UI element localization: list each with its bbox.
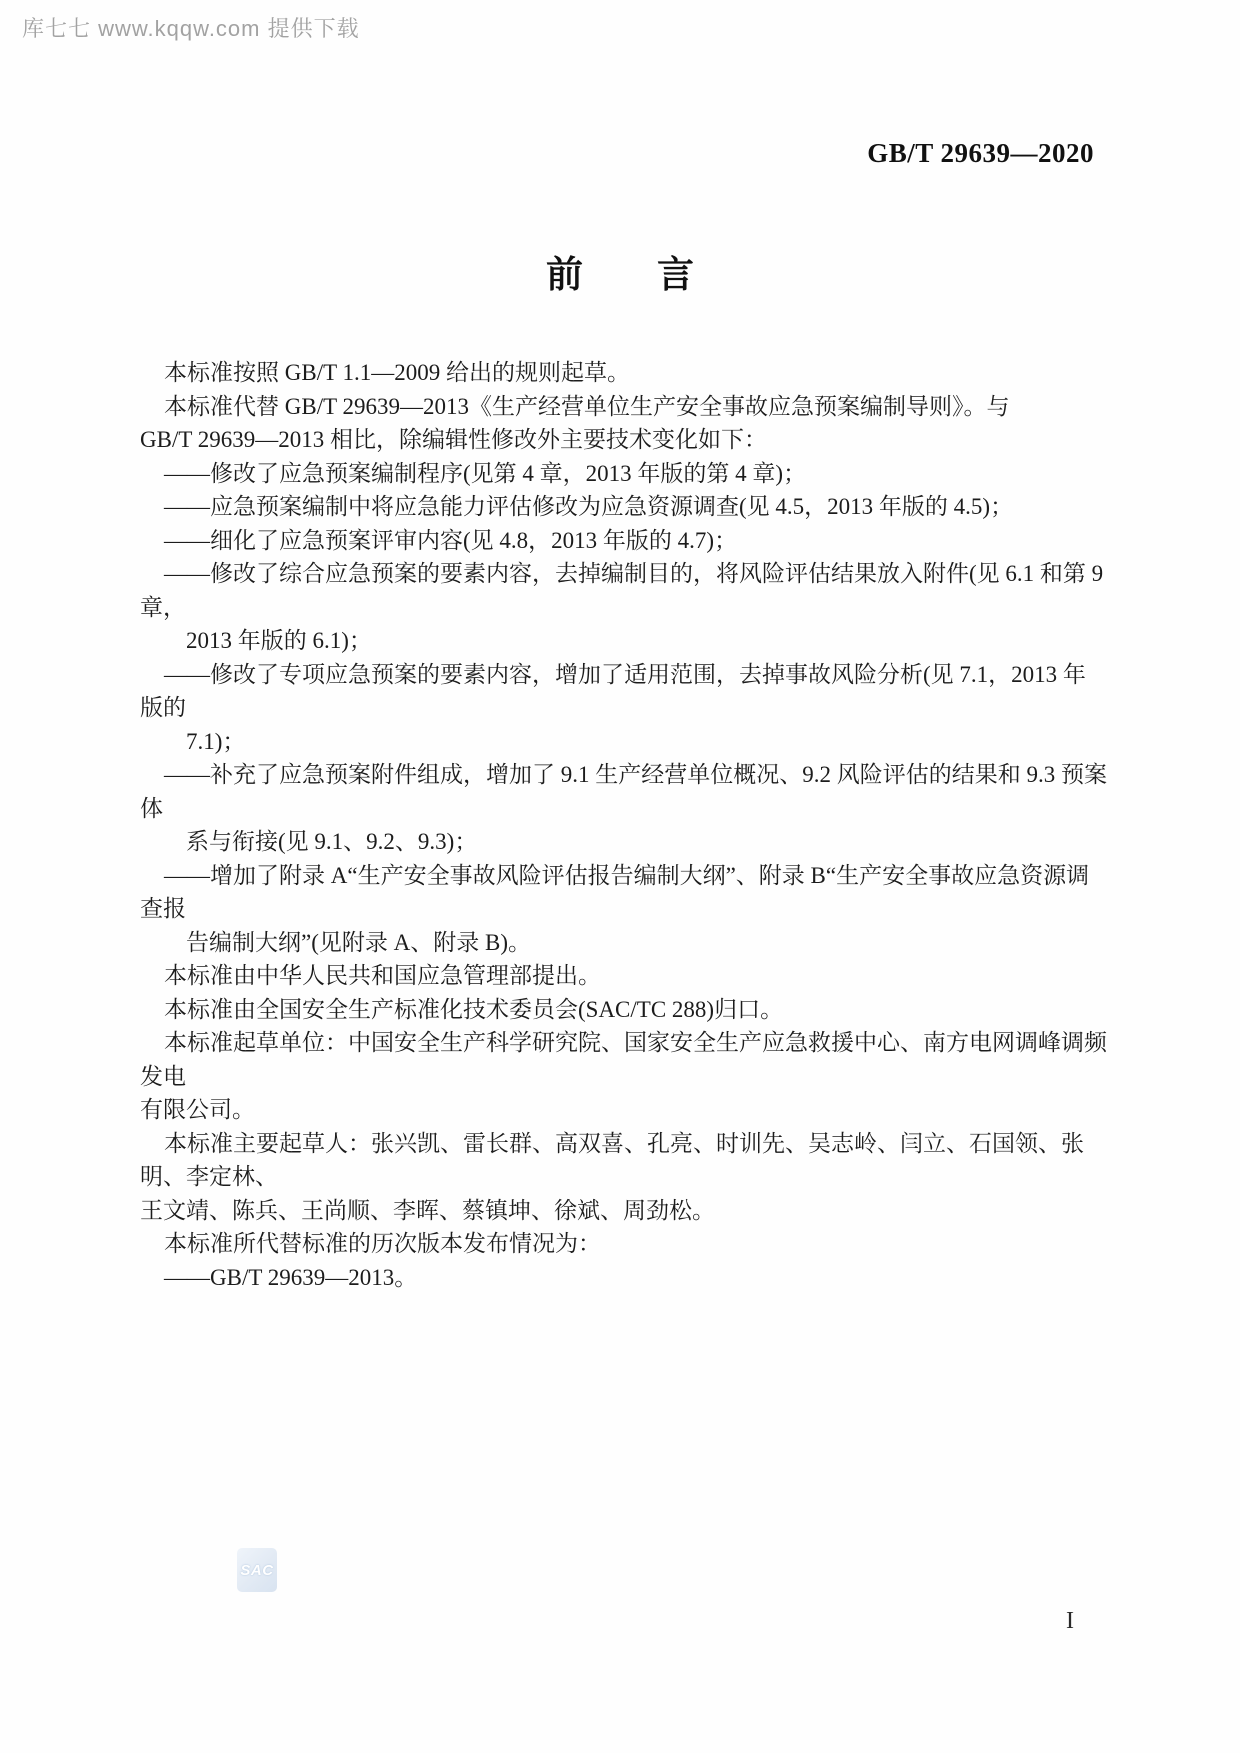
foreword-line: 2013 年版的 6.1)； xyxy=(140,624,1108,658)
foreword-line: 7.1)； xyxy=(140,725,1108,759)
foreword-line: GB/T 29639—2013 相比，除编辑性修改外主要技术变化如下： xyxy=(140,423,1108,457)
foreword-line: 本标准起草单位：中国安全生产科学研究院、国家安全生产应急救援中心、南方电网调峰调… xyxy=(140,1026,1108,1093)
sac-logo-label: SAC xyxy=(240,1562,273,1579)
standard-number: GB/T 29639—2020 xyxy=(867,138,1094,169)
foreword-line: 本标准由全国安全生产标准化技术委员会(SAC/TC 288)归口。 xyxy=(140,993,1108,1027)
foreword-line: 本标准所代替标准的历次版本发布情况为： xyxy=(140,1227,1108,1261)
foreword-line: 本标准主要起草人：张兴凯、雷长群、高双喜、孔亮、时训先、吴志岭、闫立、石国领、张… xyxy=(140,1127,1108,1194)
foreword-line: ——修改了应急预案编制程序(见第 4 章，2013 年版的第 4 章)； xyxy=(140,457,1108,491)
foreword-line: 系与衔接(见 9.1、9.2、9.3)； xyxy=(140,825,1108,859)
sac-logo: SAC xyxy=(237,1548,277,1592)
foreword-line: ——细化了应急预案评审内容(见 4.8，2013 年版的 4.7)； xyxy=(140,524,1108,558)
foreword-line: ——增加了附录 A“生产安全事故风险评估报告编制大纲”、附录 B“生产安全事故应… xyxy=(140,859,1108,926)
foreword-line: 有限公司。 xyxy=(140,1093,1108,1127)
foreword-line: 本标准按照 GB/T 1.1—2009 给出的规则起草。 xyxy=(140,356,1108,390)
foreword-line: ——修改了专项应急预案的要素内容，增加了适用范围，去掉事故风险分析(见 7.1，… xyxy=(140,658,1108,725)
watermark: 库七七 www.kqqw.com 提供下载 xyxy=(22,12,360,43)
foreword-line: ——应急预案编制中将应急能力评估修改为应急资源调查(见 4.5，2013 年版的… xyxy=(140,490,1108,524)
foreword-line: ——补充了应急预案附件组成，增加了 9.1 生产经营单位概况、9.2 风险评估的… xyxy=(140,758,1108,825)
foreword-line: ——GB/T 29639—2013。 xyxy=(140,1261,1108,1295)
page-number: I xyxy=(1066,1608,1074,1635)
foreword-line: ——修改了综合应急预案的要素内容，去掉编制目的，将风险评估结果放入附件(见 6.… xyxy=(140,557,1108,624)
foreword-line: 告编制大纲”(见附录 A、附录 B)。 xyxy=(140,926,1108,960)
foreword-line: 本标准代替 GB/T 29639—2013《生产经营单位生产安全事故应急预案编制… xyxy=(140,390,1108,424)
foreword-line: 本标准由中华人民共和国应急管理部提出。 xyxy=(140,959,1108,993)
page-title: 前 言 xyxy=(0,244,1240,298)
foreword-line: 王文靖、陈兵、王尚顺、李晖、蔡镇坤、徐斌、周劲松。 xyxy=(140,1194,1108,1228)
foreword-body: 本标准按照 GB/T 1.1—2009 给出的规则起草。 本标准代替 GB/T … xyxy=(140,356,1108,1294)
document-page: 库七七 www.kqqw.com 提供下载 GB/T 29639—2020 前 … xyxy=(0,0,1240,1753)
